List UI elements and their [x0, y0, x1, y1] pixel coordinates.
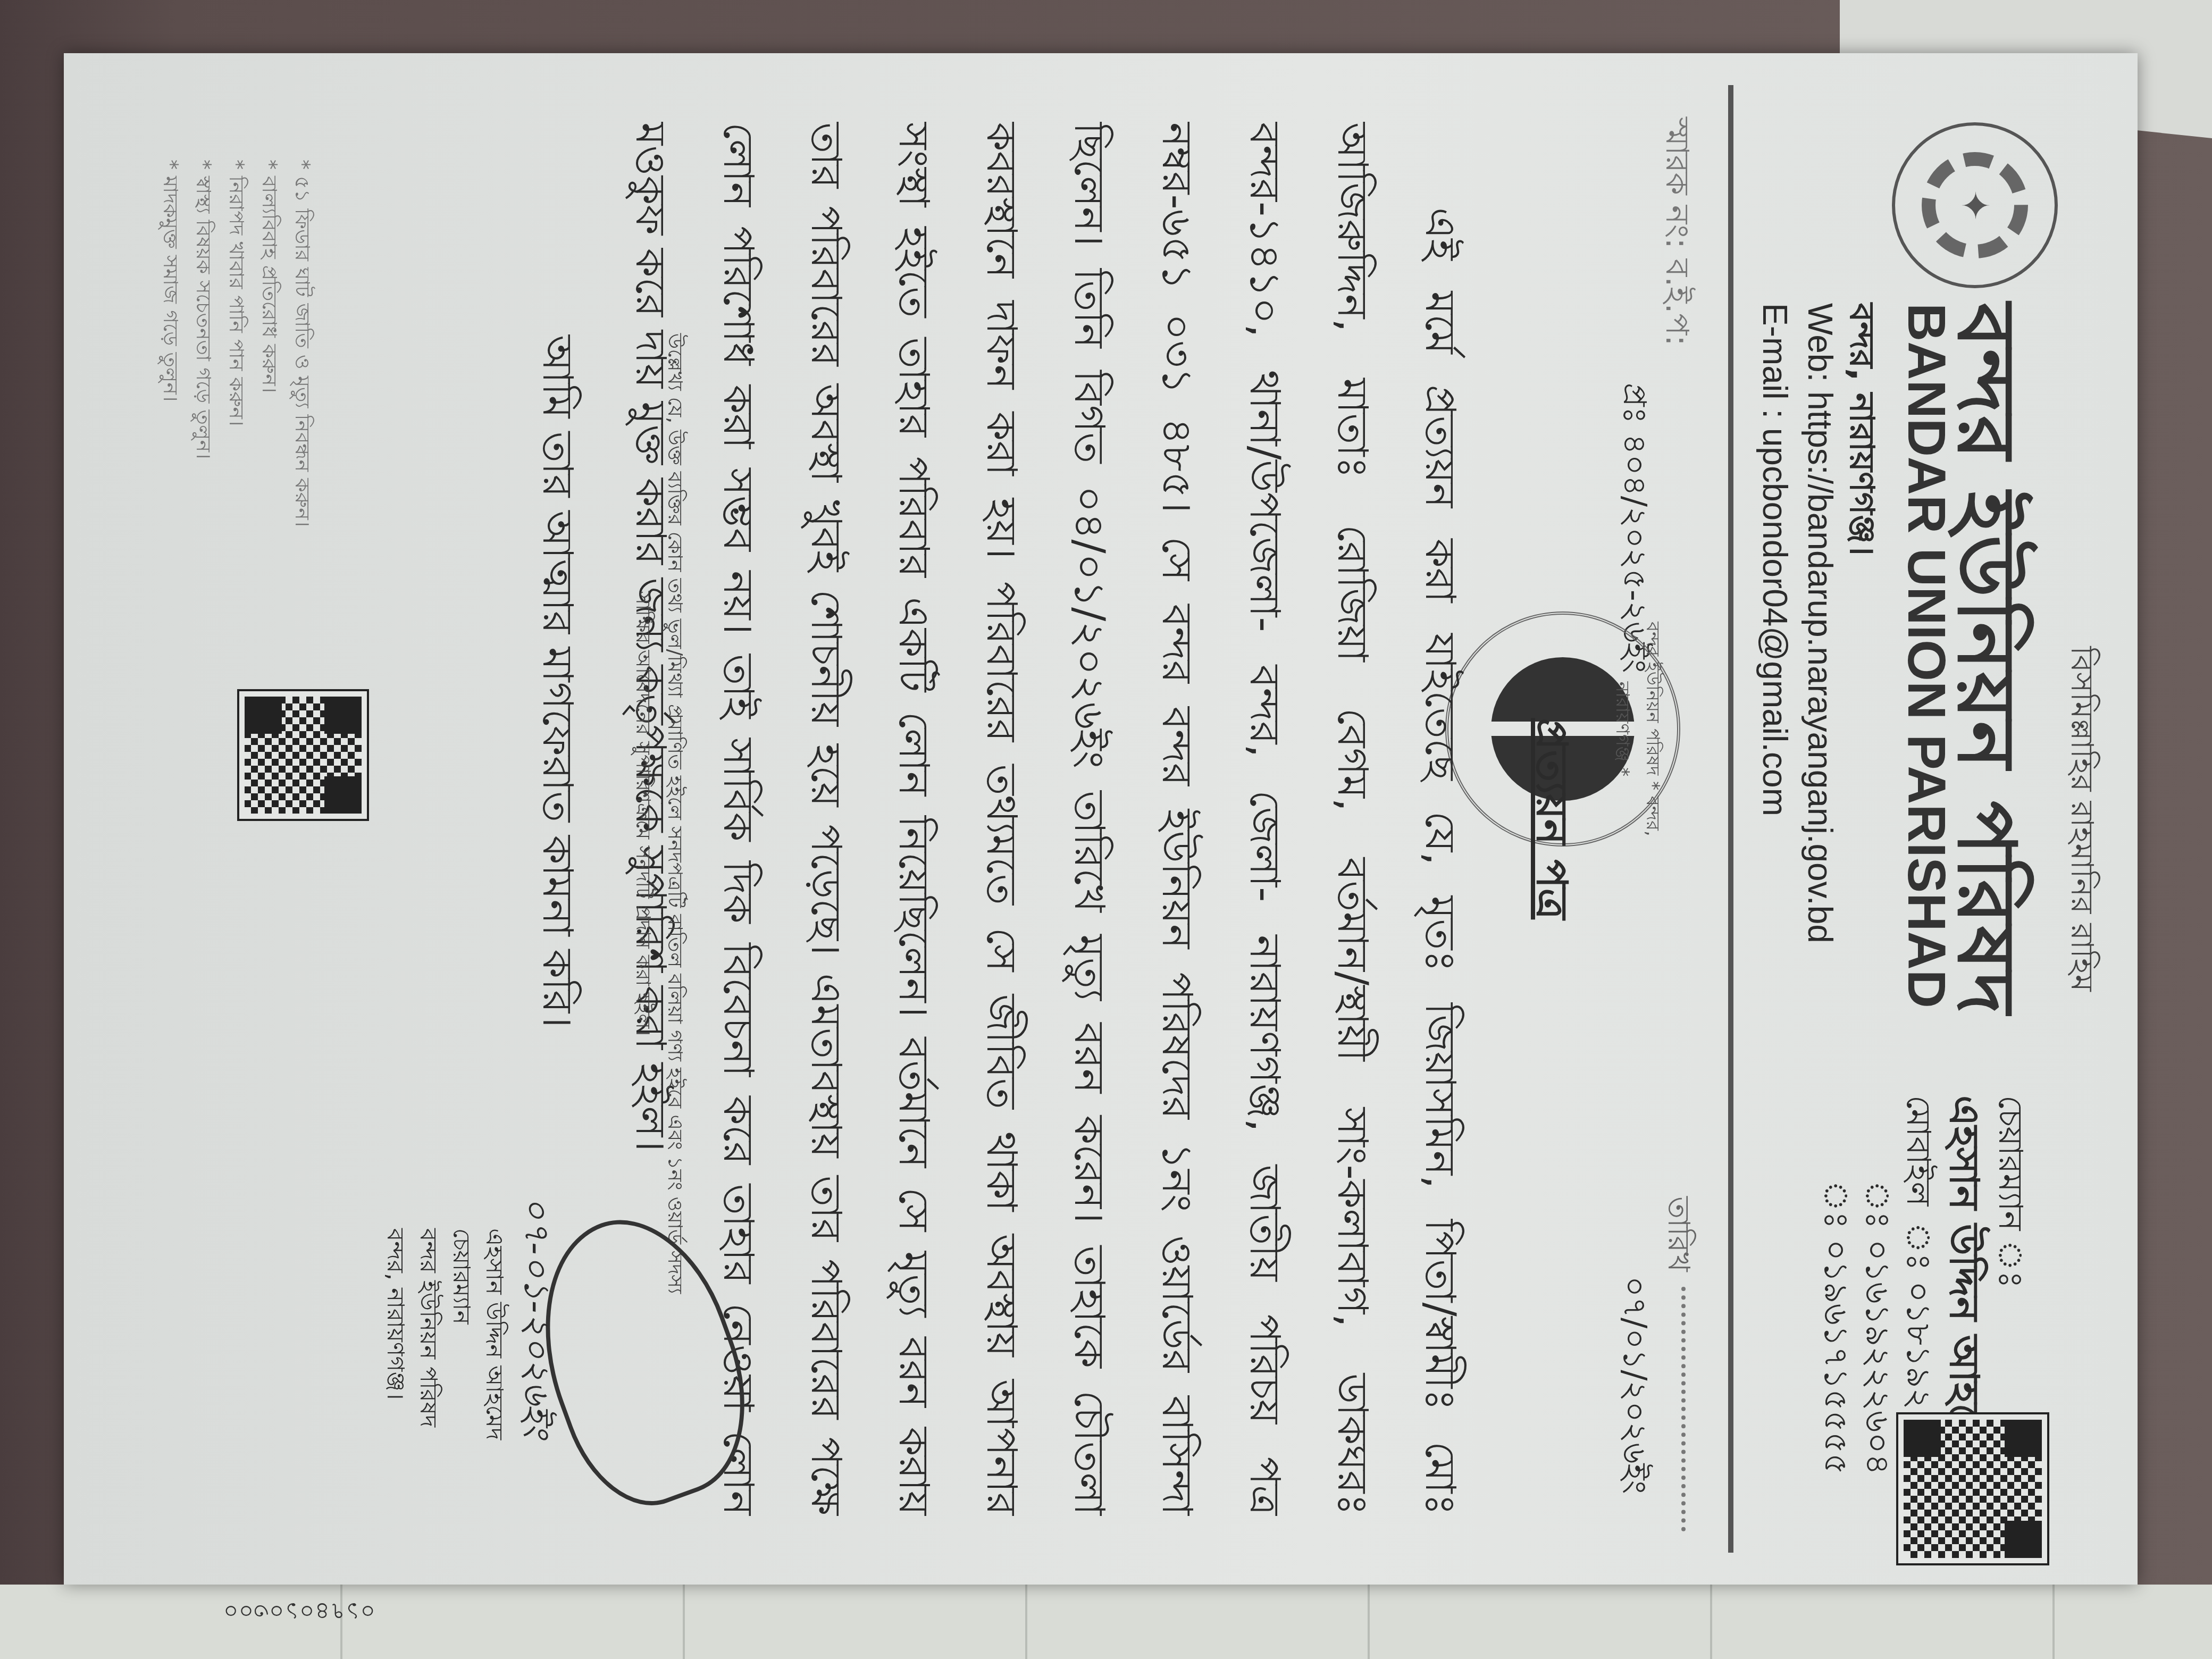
document-photo: বিসমিল্লাহির রাহমানির রাহিম ✦ বন্দর ইউনি… — [64, 53, 2138, 1585]
organization-name-en: BANDAR UNION PARISHAD — [1896, 303, 1957, 1008]
bismillah-caption: বিসমিল্লাহির রাহমানির রাহিম — [2054, 53, 2106, 1585]
organization-email[interactable]: E-mail : upcbondor04@gmail.com — [1755, 303, 1795, 816]
signature-date: ০৭-০১-২০২৬ইং — [505, 1196, 564, 1438]
footnote: উল্লেখ্য যে, উক্ত ব্যক্তির কোন তথ্য ভুল/… — [627, 308, 691, 1319]
signatory-seal: এহসান উদ্দিন আহমেদ চেয়ারম্যান বন্দর ইউন… — [379, 1228, 510, 1440]
footer-item: বাল্যবিবাহ প্রতিরোধ করুন। — [253, 160, 286, 527]
signatory-address: বন্দর, নারায়ণগঞ্জ। — [379, 1228, 412, 1440]
mobile-number: ঃ ০১৬১৯২২২৬০৪ — [1857, 1180, 1899, 1475]
certificate-sheet: বিসমিল্লাহির রাহমানির রাহিম ✦ বন্দর ইউনি… — [64, 53, 2138, 1585]
background-notebook: ০১৭৪০১০৩০০ — [0, 1585, 2212, 1659]
signatory-name: এহসান উদ্দিন আহমেদ — [477, 1228, 510, 1440]
date-value: ০৭/০১/২০২৬ইং — [1606, 1276, 1659, 1494]
verification-qr-code-icon — [239, 691, 367, 819]
header-divider — [1728, 85, 1733, 1553]
footer-item: মাদকমুক্ত সমাজ গড়ে তুলুন। — [154, 160, 187, 527]
footer-awareness-list: ৫১ ফিডার ঘাট জাতি ও মৃত্যু নিবন্ধন করুন।… — [154, 160, 319, 527]
footer-item: ৫১ ফিডার ঘাট জাতি ও মৃত্যু নিবন্ধন করুন। — [286, 160, 319, 527]
date-label: তারিখ — [1652, 1196, 1702, 1272]
signatory-title: চেয়ারম্যান — [445, 1228, 477, 1440]
reference-label: স্মারক নং: ব.ই.প: — [1648, 117, 1702, 346]
qr-code-icon — [1898, 1414, 2047, 1563]
seal-ring-text: বন্দর ইউনিয়ন পরিষদ * বন্দর, নারায়ণগঞ্জ… — [1606, 615, 1666, 843]
union-parishad-logo: ✦ — [1892, 122, 2058, 288]
gear-emblem-icon: ✦ — [1922, 152, 2028, 258]
date-dotted-line — [1681, 1287, 1686, 1531]
footer-item: স্বাস্থ্য বিষয়ক সচেতনতা গড়ে তুলুন। — [187, 160, 220, 527]
signatory-office: বন্দর ইউনিয়ন পরিষদ — [412, 1228, 445, 1440]
signature-block: ০৭-০১-২০২৬ইং এহসান উদ্দিন আহমেদ চেয়ারম্… — [383, 1196, 755, 1537]
organization-website[interactable]: Web: https://bandarup.narayanganj.gov.bd — [1800, 303, 1840, 943]
footer-item: নিরাপদ খাবার পানি পান করুন। — [220, 160, 253, 527]
mobile-number: ঃ ০১৯৬১৭১৫৫৫৫ — [1816, 1180, 1857, 1475]
mobile-label: মোবাইল — [1898, 1095, 1940, 1206]
document-title: প্রত্যয়ন পত্র — [1513, 53, 1585, 1585]
notebook-number: ০১৭৪০১০৩০০ — [223, 1590, 375, 1629]
